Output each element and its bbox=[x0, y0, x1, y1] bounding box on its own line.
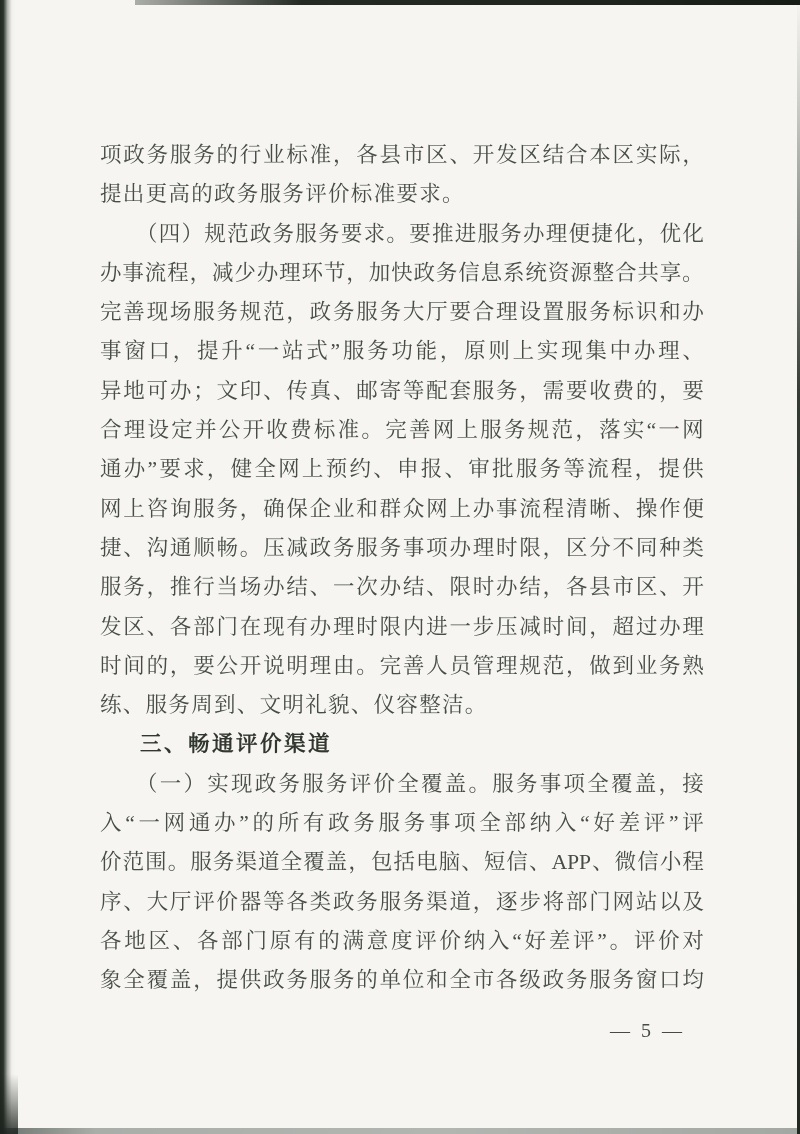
text-line: 合理设定并公开收费标准。完善网上服务规范，落实“一网 bbox=[100, 411, 704, 450]
text-line: 项政务服务的行业标准，各县市区、开发区结合本区实际， bbox=[100, 136, 704, 175]
section-heading: 三、畅通评价渠道 bbox=[100, 725, 704, 764]
scan-corner-smudge bbox=[0, 1074, 18, 1134]
text-line: 序、大厅评价器等各类政务服务渠道，逐步将部门网站以及 bbox=[100, 883, 704, 922]
text-block: 项政务服务的行业标准，各县市区、开发区结合本区实际，提出更高的政务服务评价标准要… bbox=[100, 136, 704, 1001]
text-line: 通办”要求，健全网上预约、申报、审批服务等流程，提供 bbox=[100, 450, 704, 489]
text-line: 价范围。服务渠道全覆盖，包括电脑、短信、APP、微信小程 bbox=[100, 843, 704, 882]
text-line: （四）规范政务服务要求。要推进服务办理便捷化，优化 bbox=[100, 215, 704, 254]
scan-edge-bottom bbox=[0, 1128, 800, 1134]
scan-edge-left bbox=[0, 0, 15, 1134]
text-line: 服务，推行当场办结、一次办结、限时办结，各县市区、开 bbox=[100, 568, 704, 607]
text-line: 提出更高的政务服务评价标准要求。 bbox=[100, 175, 704, 214]
scanned-document-page: 项政务服务的行业标准，各县市区、开发区结合本区实际，提出更高的政务服务评价标准要… bbox=[0, 0, 800, 1134]
text-line: 象全覆盖，提供政务服务的单位和全市各级政务服务窗口均 bbox=[100, 961, 704, 1000]
text-line: 练、服务周到、文明礼貌、仪容整洁。 bbox=[100, 686, 704, 725]
text-line: 完善现场服务规范，政务服务大厅要合理设置服务标识和办 bbox=[100, 293, 704, 332]
text-line: 入“一网通办”的所有政务服务事项全部纳入“好差评”评 bbox=[100, 804, 704, 843]
text-line: 发区、各部门在现有办理时限内进一步压减时间，超过办理 bbox=[100, 608, 704, 647]
page-number: — 5 — bbox=[610, 1020, 685, 1043]
text-line: 异地可办；文印、传真、邮寄等配套服务，需要收费的，要 bbox=[100, 372, 704, 411]
text-line: （一）实现政务服务评价全覆盖。服务事项全覆盖，接 bbox=[100, 765, 704, 804]
text-line: 各地区、各部门原有的满意度评价纳入“好差评”。评价对 bbox=[100, 922, 704, 961]
text-line: 时间的，要公开说明理由。完善人员管理规范，做到业务熟 bbox=[100, 647, 704, 686]
text-line: 捷、沟通顺畅。压减政务服务事项办理时限，区分不同种类 bbox=[100, 529, 704, 568]
text-line: 办事流程，减少办理环节，加快政务信息系统资源整合共享。 bbox=[100, 254, 704, 293]
scan-edge-top bbox=[135, 0, 800, 5]
text-line: 网上咨询服务，确保企业和群众网上办事流程清晰、操作便 bbox=[100, 490, 704, 529]
text-line: 事窗口，提升“一站式”服务功能，原则上实现集中办理、 bbox=[100, 332, 704, 371]
